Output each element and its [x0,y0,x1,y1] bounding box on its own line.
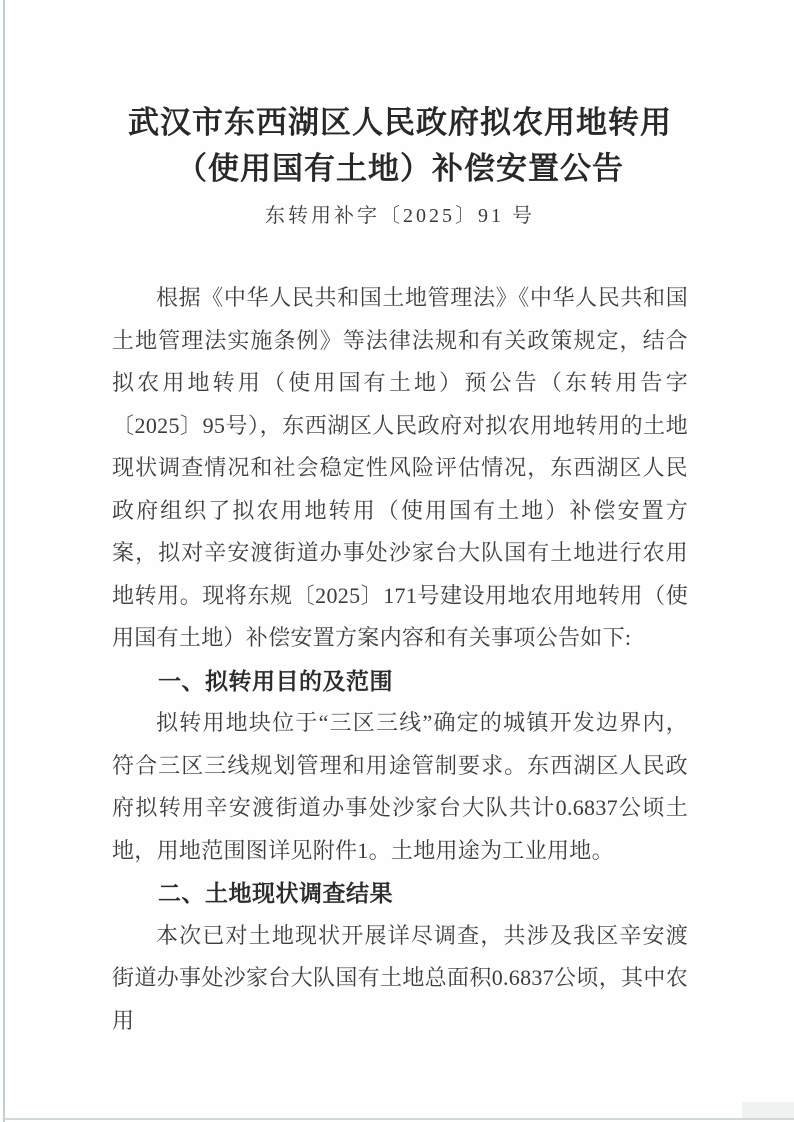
section-1-paragraph: 拟转用地块位于“三区三线”确定的城镇开发边界内，符合三区三线规划管理和用途管制要… [112,702,688,872]
document-number: 东转用补字〔2025〕91 号 [112,202,688,230]
scan-edge-left [3,0,5,1122]
document-title: 武汉市东西湖区人民政府拟农用地转用 （使用国有土地）补偿安置公告 [112,100,688,192]
section-2-paragraph: 本次已对土地现状开展详尽调查，共涉及我区辛安渡街道办事处沙家台大队国有土地总面积… [112,915,688,1043]
document-body: 根据《中华人民共和国土地管理法》《中华人民共和国土地管理法实施条例》等法律法规和… [112,277,688,1042]
section-1-heading: 一、拟转用目的及范围 [112,660,688,703]
document-content: 武汉市东西湖区人民政府拟农用地转用 （使用国有土地）补偿安置公告 东转用补字〔2… [112,0,688,1042]
title-line-1: 武汉市东西湖区人民政府拟农用地转用 [112,100,688,146]
intro-paragraph: 根据《中华人民共和国土地管理法》《中华人民共和国土地管理法实施条例》等法律法规和… [112,277,688,660]
title-line-2: （使用国有土地）补偿安置公告 [112,146,688,192]
scan-edge-bottom [4,1118,794,1120]
section-2-heading: 二、土地现状调查结果 [112,872,688,915]
page-corner-shade [742,1102,794,1118]
document-page: 武汉市东西湖区人民政府拟农用地转用 （使用国有土地）补偿安置公告 东转用补字〔2… [0,0,794,1122]
